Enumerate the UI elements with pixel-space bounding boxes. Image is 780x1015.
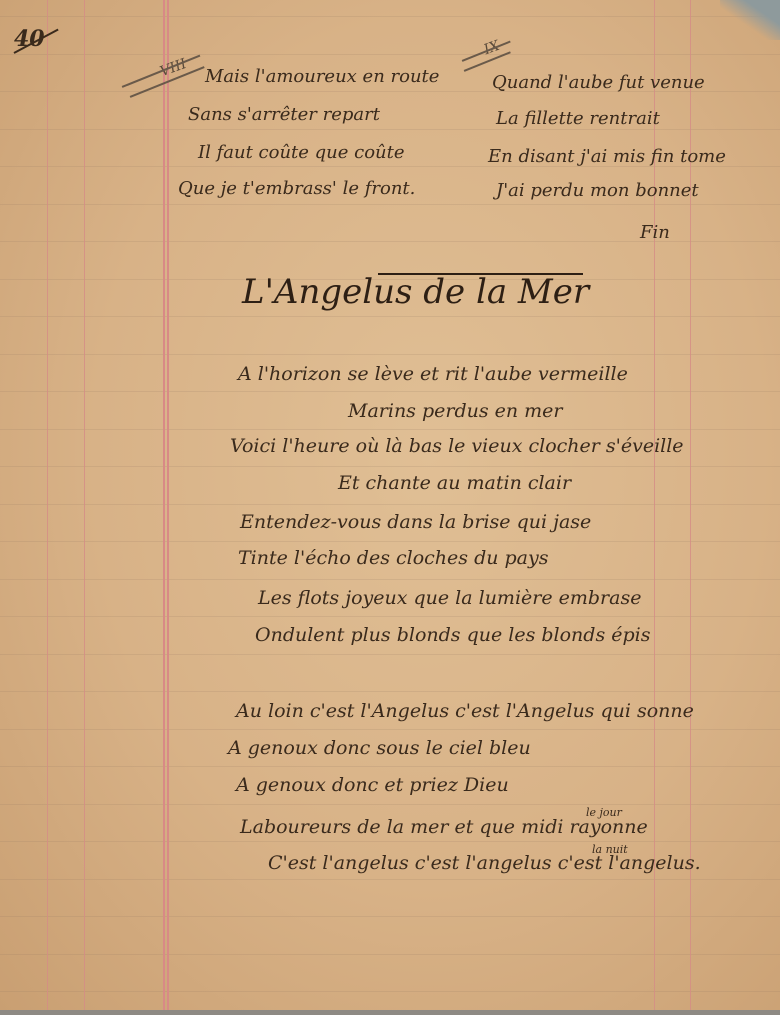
poem-line: Tinte l'écho des cloches du pays [238,547,549,569]
poem-line: Et chante au matin clair [338,472,571,494]
ruled-line [0,991,780,992]
stanza-ix-line: Quand l'aube fut venue [492,72,705,93]
poem-line: A genoux donc et priez Dieu [236,774,509,796]
stanza-viii-line: Mais l'amoureux en route [205,66,439,87]
poem-line: A genoux donc sous le ciel bleu [228,737,531,759]
ruled-line [0,616,780,617]
margin-line [167,0,169,1010]
ruled-line [0,354,780,355]
poem-line: Les flots joyeux que la lumière embrase [258,587,641,609]
poem-line: Au loin c'est l'Angelus c'est l'Angelus … [236,700,694,722]
poem-line: Ondulent plus blonds que les blonds épis [255,624,650,646]
page-corner-shadow [720,0,780,40]
ruled-line [0,841,780,842]
ruled-line [0,766,780,767]
poem-line: Entendez-vous dans la brise qui jase [240,511,591,533]
ruled-line [0,541,780,542]
stanza-viii-line: Sans s'arrêter repart [188,104,380,125]
poem-line: Laboureurs de la mer et que midi rayonne [240,816,648,838]
ruled-line [0,691,780,692]
page-bottom-edge [0,1010,780,1015]
stanza-ix-line: La fillette rentrait [496,108,660,129]
ruled-line [0,504,780,505]
end-mark: Fin [640,222,670,243]
ruled-line [0,579,780,580]
stanza-viii-line: Il faut coûte que coûte [198,142,405,163]
poem-line: C'est l'angelus c'est l'angelus c'est l'… [268,852,701,874]
stanza-ix-line: En disant j'ai mis fin tome [488,146,726,167]
ruled-line [0,54,780,55]
margin-line [47,0,48,1010]
ruled-line [0,954,780,955]
ruled-line [0,804,780,805]
ruled-line [0,729,780,730]
margin-line [163,0,165,1010]
poem-line: Voici l'heure où là bas le vieux clocher… [230,435,684,457]
ruled-line [0,879,780,880]
ruled-line [0,16,780,17]
stanza-viii-line: Que je t'embrass' le front. [178,178,415,199]
poem-title: L'Angelus de la Mer [242,272,589,312]
poem-line: Marins perdus en mer [348,400,563,422]
ruled-line [0,654,780,655]
ruled-line [0,391,780,392]
ruled-line [0,466,780,467]
ruled-line [0,204,780,205]
ruled-line [0,916,780,917]
ruled-line [0,316,780,317]
poem-line: A l'horizon se lève et rit l'aube vermei… [238,363,628,385]
ruled-line [0,429,780,430]
margin-line [84,0,85,1010]
stanza-ix-line: J'ai perdu mon bonnet [496,180,699,201]
ruled-line [0,129,780,130]
manuscript-page: 40 VIII Mais l'amoureux en route Sans s'… [0,0,780,1010]
